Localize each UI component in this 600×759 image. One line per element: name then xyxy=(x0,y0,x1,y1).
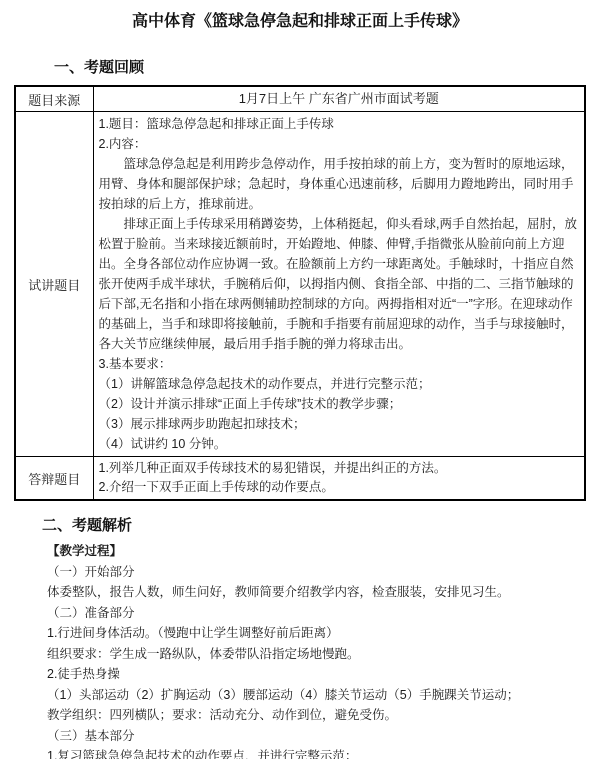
lecture-paragraph: 排球正面上手传球采用稍蹲姿势，上体稍挺起，仰头看球,两手自然抬起，屈肘，放松置于… xyxy=(99,214,579,354)
lecture-paragraph: 1.题目：篮球急停急起和排球正面上手传球 xyxy=(99,114,579,134)
lecture-paragraph: 2.内容： xyxy=(99,134,579,154)
part1-heading: （一）开始部分 xyxy=(47,562,586,583)
teaching-process-label: 【教学过程】 xyxy=(47,541,586,562)
lecture-paragraph: （1）讲解篮球急停急起技术的动作要点，并进行完整示范； xyxy=(99,374,579,394)
exam-review-table: 题目来源 1月7日上午 广东省广州市面试考题 试讲题目 1.题目：篮球急停急起和… xyxy=(14,85,586,501)
lecture-paragraph: （3）展示排球两步助跑起扣球技术； xyxy=(99,414,579,434)
document-page: 高中体育《篮球急停急起和排球正面上手传球》 一、考题回顾 题目来源 1月7日上午… xyxy=(0,0,600,759)
table-row-lecture: 试讲题目 1.题目：篮球急停急起和排球正面上手传球 2.内容： 篮球急停急起是利… xyxy=(15,112,585,457)
lecture-paragraph: （4）试讲约 10 分钟。 xyxy=(99,434,579,454)
defense-row-content: 1.列举几种正面双手传球技术的易犯错误，并提出纠正的方法。 2.介绍一下双手正面… xyxy=(93,457,585,501)
part3-item1: 1.复习篮球急停急起技术的动作要点，并进行完整示范； xyxy=(47,746,586,759)
part3-heading: （三）基本部分 xyxy=(47,726,586,747)
part2-item2-note: 教学组织：四列横队；要求：活动充分、动作到位，避免受伤。 xyxy=(47,705,586,726)
source-row-content: 1月7日上午 广东省广州市面试考题 xyxy=(93,86,585,112)
part2-item1-note: 组织要求：学生成一路纵队，体委带队沿指定场地慢跑。 xyxy=(47,644,586,665)
source-row-label: 题目来源 xyxy=(15,86,93,112)
defense-item: 1.列举几种正面双手传球技术的易犯错误，并提出纠正的方法。 xyxy=(99,459,579,478)
part2-heading: （二）准备部分 xyxy=(47,603,586,624)
lecture-row-content: 1.题目：篮球急停急起和排球正面上手传球 2.内容： 篮球急停急起是利用跨步急停… xyxy=(93,112,585,457)
defense-item: 2.介绍一下双手正面上手传球的动作要点。 xyxy=(99,478,579,497)
defense-row-label: 答辩题目 xyxy=(15,457,93,501)
lecture-paragraph: （2）设计并演示排球“正面上手传球”技术的教学步骤； xyxy=(99,394,579,414)
part1-text: 体委整队，报告人数，师生问好，教师简要介绍教学内容，检查服装，安排见习生。 xyxy=(47,582,586,603)
section2-body: 【教学过程】 （一）开始部分 体委整队，报告人数，师生问好，教师简要介绍教学内容… xyxy=(0,541,600,759)
part2-item2: 2.徒手热身操 xyxy=(47,664,586,685)
part2-item2-list: （1）头部运动（2）扩胸运动（3）腰部运动（4）膝关节运动（5）手腕踝关节运动； xyxy=(47,685,586,706)
lecture-paragraph: 篮球急停急起是利用跨步急停动作，用手按拍球的前上方，变为暂时的原地运球，用臂、身… xyxy=(99,154,579,214)
part2-item1: 1.行进间身体活动。（慢跑中让学生调整好前后距离） xyxy=(47,623,586,644)
section1-heading: 一、考题回顾 xyxy=(54,56,600,77)
document-title: 高中体育《篮球急停急起和排球正面上手传球》 xyxy=(0,0,600,31)
table-row-source: 题目来源 1月7日上午 广东省广州市面试考题 xyxy=(15,86,585,112)
lecture-row-label: 试讲题目 xyxy=(15,112,93,457)
lecture-paragraph: 3.基本要求： xyxy=(99,354,579,374)
section2-heading: 二、考题解析 xyxy=(42,514,600,535)
table-row-defense: 答辩题目 1.列举几种正面双手传球技术的易犯错误，并提出纠正的方法。 2.介绍一… xyxy=(15,457,585,501)
